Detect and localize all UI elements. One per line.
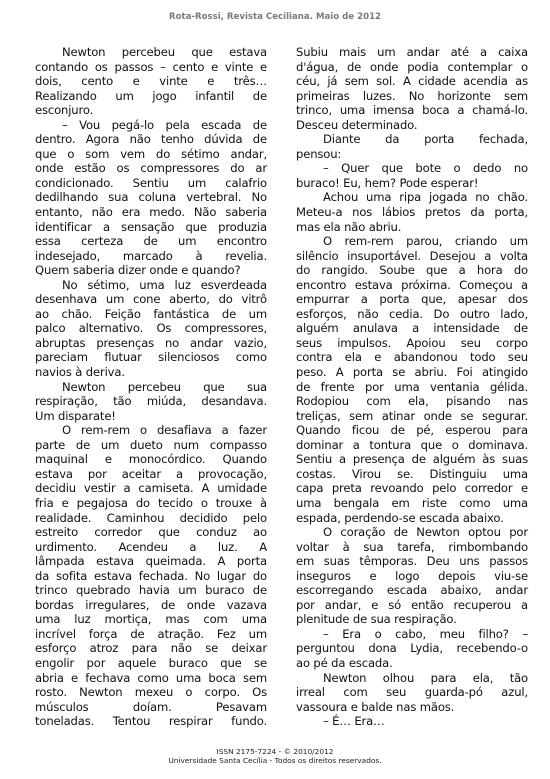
text-line: da sofita estava fechada. No lugar do — [35, 569, 267, 584]
left-text-column: Newton percebeu que estavacontando os pa… — [35, 45, 267, 729]
text-line: músculos doíam. Pesavam — [35, 700, 267, 715]
text-line: uma bengala em riste como uma — [296, 496, 528, 511]
text-line: condicionado. Sentiu um calafrio — [35, 176, 267, 191]
text-line: céu, já sem sol. A cidade acendia as — [296, 74, 528, 89]
text-line: silêncio insuportável. Desejou a volta — [296, 249, 528, 264]
text-line: O rem-rem parou, criando um — [296, 234, 528, 249]
text-line: Quem saberia dizer onde e quando? — [35, 263, 267, 278]
text-line: navios à deriva. — [35, 365, 267, 380]
text-line: esforço atroz para não se deixar — [35, 641, 267, 656]
text-line: espada, perdendo-se escada abaixo. — [296, 511, 528, 526]
text-line: vassoura e balde nas mãos. — [296, 700, 528, 715]
text-line: desenhava um cone aberto, do vitrô — [35, 292, 267, 307]
text-line: – É… Era… — [296, 714, 528, 729]
text-line: dois, cento e vinte e três… — [35, 74, 267, 89]
text-line: treliças, sem atinar onde se segurar. — [296, 409, 528, 424]
text-line: engolir por aquele buraco que se — [35, 656, 267, 671]
text-line: capa preta revoando pelo corredor e — [296, 481, 528, 496]
text-line: – Era o cabo, meu filho? – — [296, 627, 528, 642]
text-line: dominar a tontura que o dominava. — [296, 438, 528, 453]
text-line: lâmpada estava queimada. A porta — [35, 554, 267, 569]
text-line: seus impulsos. Apoiou seu corpo — [296, 336, 528, 351]
text-line: do rangido. Soube que a hora do — [296, 263, 528, 278]
text-line: trinco quebrado havia um buraco de — [35, 583, 267, 598]
text-line: que o som vem do sétimo andar, — [35, 147, 267, 162]
text-line: – Quer que bote o dedo no — [296, 161, 528, 176]
text-line: maquinal e monocórdico. Quando — [35, 452, 267, 467]
text-line: onde estão os compressores do ar — [35, 161, 267, 176]
text-line: primeiras luzes. No horizonte sem — [296, 89, 528, 104]
text-line: perguntou dona Lydia, recebendo-o — [296, 641, 528, 656]
text-line: Sentiu a presença de alguém às suas — [296, 452, 528, 467]
text-line: mas ela não abriu. — [296, 220, 528, 235]
text-line: abria e fechava como uma boca sem — [35, 671, 267, 686]
running-header: Rota-Rossi, Revista Ceciliana. Maio de 2… — [0, 12, 550, 22]
text-line: por andar, e só então recuperou a — [296, 598, 528, 613]
text-line: ao chão. Feição fantástica de um — [35, 307, 267, 322]
text-line: fria e pegajosa do tecido o trouxe à — [35, 496, 267, 511]
text-line: buraco! Eu, hem? Pode esperar! — [296, 176, 528, 191]
text-line: Rodopiou com ela, pisando nas — [296, 394, 528, 409]
right-text-column: Subiu mais um andar até a caixad'água, d… — [296, 45, 528, 729]
text-line: No sétimo, uma luz esverdeada — [35, 278, 267, 293]
text-line: entanto, não era medo. Não saberia — [35, 205, 267, 220]
text-line: voltar à sua tarefa, rimbombando — [296, 540, 528, 555]
text-line: esforços, não cedia. Do outro lado, — [296, 307, 528, 322]
text-line: inseguros e logo depois viu-se — [296, 569, 528, 584]
footer-rights: Universidade Santa Cecília - Todos os di… — [0, 756, 550, 765]
text-line: Realizando um jogo infantil de — [35, 89, 267, 104]
text-line: respiração, tão miúda, desandava. — [35, 394, 267, 409]
text-line: pensou: — [296, 147, 528, 162]
text-line: Meteu-a nos lábios pretos da porta, — [296, 205, 528, 220]
text-line: Desceu determinado. — [296, 118, 528, 133]
text-line: decidiu vestir a camiseta. A umidade — [35, 481, 267, 496]
text-line: urdimento. Acendeu a luz. A — [35, 540, 267, 555]
text-line: costas. Virou se. Distinguiu uma — [296, 467, 528, 482]
text-line: uma luz mortiça, mas com uma — [35, 612, 267, 627]
text-line: O coração de Newton optou por — [296, 525, 528, 540]
text-line: Quando ficou de pé, esperou para — [296, 423, 528, 438]
text-line: contra ela e abandonou todo seu — [296, 350, 528, 365]
text-line: palco alternativo. Os compressores, — [35, 321, 267, 336]
text-line: dentro. Agora não tenho dúvida de — [35, 132, 267, 147]
text-line: identificar a sensação que produzia — [35, 220, 267, 235]
text-line: Um disparate! — [35, 409, 267, 424]
text-line: estreito corredor que conduz ao — [35, 525, 267, 540]
text-line: essa certeza de um encontro — [35, 234, 267, 249]
text-line: Subiu mais um andar até a caixa — [296, 45, 528, 60]
text-line: realidade. Caminhou decidido pelo — [35, 511, 267, 526]
text-line: abruptas presenças no andar vazio, — [35, 336, 267, 351]
text-line: indesejado, marcado à revelia. — [35, 249, 267, 264]
text-line: encontro estava próxima. Começou a — [296, 278, 528, 293]
text-line: esconjuro. — [35, 103, 267, 118]
text-line: peso. A porta se abriu. Foi atingido — [296, 365, 528, 380]
text-line: escorregando escada abaixo, andar — [296, 583, 528, 598]
text-line: Newton percebeu que sua — [35, 380, 267, 395]
text-line: de frente por uma ventania gélida. — [296, 380, 528, 395]
text-line: trinco, uma imensa boca a chamá-lo. — [296, 103, 528, 118]
text-line: plenitude de sua respiração. — [296, 612, 528, 627]
page-footer: ISSN 2175-7224 - © 2010/2012 Universidad… — [0, 747, 550, 765]
text-line: toneladas. Tentou respirar fundo. — [35, 714, 267, 729]
text-line: pareciam flutuar silenciosos como — [35, 350, 267, 365]
text-line: Diante da porta fechada, — [296, 132, 528, 147]
footer-issn: ISSN 2175-7224 - © 2010/2012 — [0, 747, 550, 756]
text-line: contando os passos – cento e vinte e — [35, 60, 267, 75]
text-line: bordas irregulares, de onde vazava — [35, 598, 267, 613]
text-line: parte de um dueto num compasso — [35, 438, 267, 453]
text-line: Newton percebeu que estava — [35, 45, 267, 60]
text-line: incrível força de atração. Fez um — [35, 627, 267, 642]
text-line: empurrar a porta que, apesar dos — [296, 292, 528, 307]
text-line: Achou uma ripa jogada no chão. — [296, 190, 528, 205]
text-line: alguém anulava a intensidade de — [296, 321, 528, 336]
text-line: em suas têmporas. Deu uns passos — [296, 554, 528, 569]
text-line: O rem-rem o desafiava a fazer — [35, 423, 267, 438]
text-line: rosto. Newton mexeu o corpo. Os — [35, 685, 267, 700]
text-line: – Vou pegá-lo pela escada de — [35, 118, 267, 133]
text-line: dedilhando sua coluna vertebral. No — [35, 190, 267, 205]
text-line: ao pé da escada. — [296, 656, 528, 671]
text-line: d'água, de onde podia contemplar o — [296, 60, 528, 75]
text-line: Newton olhou para ela, tão — [296, 671, 528, 686]
text-line: estava por aceitar a provocação, — [35, 467, 267, 482]
text-line: irreal com seu guarda-pó azul, — [296, 685, 528, 700]
